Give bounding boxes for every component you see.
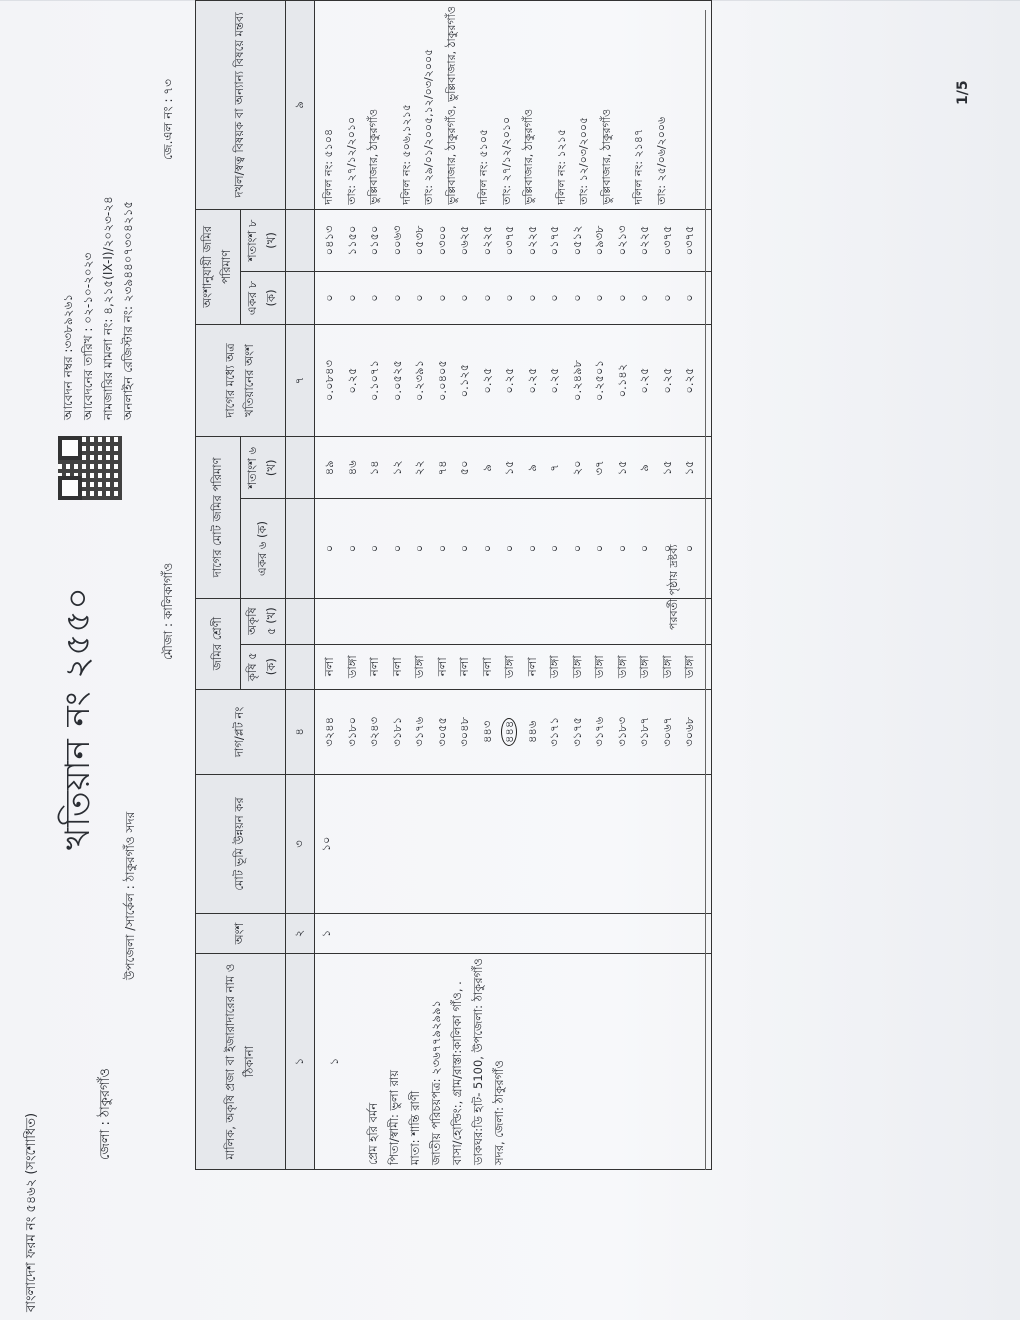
prop-decimal: ০৩৭৫ [678, 214, 701, 267]
col-number-1: ১ [286, 954, 315, 1170]
remark-line: দলিল নং: ১২১৫ [551, 5, 574, 205]
dag-number: ৩১৭৬ [588, 694, 611, 770]
khatian-share-column: ০.০৮৪৩০.২৫০.১০৭১০.০৫২৫০.২৩৯১০.০৪০৫০.১২৫০… [315, 324, 712, 436]
prop-acre: ০ [656, 276, 679, 320]
land-class: নলা [476, 649, 499, 685]
prop-acre: ০ [633, 276, 656, 320]
remark-line: দলিল নং: ৫০৬,১২১৫ [396, 5, 419, 205]
khatian-share: ০.২৫ [476, 329, 499, 432]
prop-acre: ০ [543, 276, 566, 320]
dag-number: ৩০৬৮ [678, 694, 701, 770]
dag-decimal: ১৫ [498, 441, 521, 494]
prop-decimal: ০১৭৫ [543, 214, 566, 267]
prop-acre: ০ [341, 276, 364, 320]
prop-decimal: ০২২৫ [476, 214, 499, 267]
khatian-share: ০.১২৫ [453, 329, 476, 432]
col-number-7: ৭ [286, 324, 315, 436]
khatian-share: ০.২৫ [498, 329, 521, 432]
owner-line: পিতা/স্বামী: ভুলা রায় [384, 958, 405, 1165]
prop-decimal: ০১৫০ [363, 214, 386, 267]
owner-line: প্রেম হরি বর্মন [363, 958, 384, 1165]
prop-decimal: ০৪১৩ [318, 214, 341, 267]
khatian-share: ০.০৫২৫ [386, 329, 409, 432]
remark-line: দলিল নং: ২১৪৭ [628, 5, 651, 205]
remark-line: ভুল্লিবাজার, ঠাকুরগাঁও [363, 5, 386, 205]
prop-decimal: ০৩৭৫ [498, 214, 521, 267]
prop-decimal: ০৩৭৫ [656, 214, 679, 267]
dag-decimal: ৯ [633, 441, 656, 494]
application-meta: আবেদন নম্বর :৩৩৮৯২৬১ আবেদনের তারিখ : ০২-… [58, 196, 138, 420]
remark-line: তাং: ২৫/০৬/২০০৬ [651, 5, 674, 205]
dag-decimal: ৩৭ [588, 441, 611, 494]
header-share: অংশ [196, 913, 286, 953]
dag-decimal: ১৪ [363, 441, 386, 494]
application-date: আবেদনের তারিখ : ০২-১০-২০২৩ [78, 196, 98, 420]
khatian-share: ০.০৪০৫ [431, 329, 454, 432]
owner-cell: ১ প্রেম হরি বর্মনপিতা/স্বামী: ভুলা রায়ম… [315, 954, 712, 1170]
prop-decimal: ০২২৫ [633, 214, 656, 267]
land-class: ডাঙ্গা [566, 649, 589, 685]
header-dag-acre: একর ৬ (ক) [241, 499, 286, 598]
remark-line: ভুল্লিবাজার, ঠাকুরগাঁও [596, 5, 619, 205]
prop-decimal: ১১৫০ [341, 214, 364, 267]
dag-acre: ০ [453, 503, 476, 593]
dag-acre-column: ০০০০০০০০০০০০০০০০০ [315, 499, 712, 598]
prop-acre: ০ [611, 276, 634, 320]
header-dag: দাগ/প্লট নং [196, 689, 286, 774]
header-remarks: দখল/স্বত্ব বিষয়ক বা অন্যান্য বিষয়ে মন্… [196, 1, 286, 210]
khatian-share: ০.২৩৯১ [408, 329, 431, 432]
dag-decimal: ২০ [566, 441, 589, 494]
land-class: ডাঙ্গা [633, 649, 656, 685]
page-title: খতিয়ান নং ২৫৫০ [52, 586, 109, 850]
land-class: ডাঙ্গা [498, 649, 521, 685]
khatian-table: মালিক, অকৃষি প্রজা বা ইজারাদারের নাম ও ঠ… [195, 0, 712, 1170]
prop-decimal: ০৫৩৮ [408, 214, 431, 267]
land-class: নলা [431, 649, 454, 685]
prop-decimal: ০৯৩৮ [588, 214, 611, 267]
dag-decimal: ৫০ [453, 441, 476, 494]
dag-acre: ০ [341, 503, 364, 593]
header-owner: মালিক, অকৃষি প্রজা বা ইজারাদারের নাম ও ঠ… [196, 954, 286, 1170]
form-label: বাংলাদেশ ফরম নং ৫৪৬২ (সংশোধিত) [22, 1113, 43, 1312]
header-khatian-share: দাগের মধ্যে অত্র খতিয়ানের অংশ [196, 324, 286, 436]
table-row: ১ প্রেম হরি বর্মনপিতা/স্বামী: ভুলা রায়ম… [315, 1, 712, 1170]
remark-line: ভুল্লিবাজার, ঠাকুরগাঁও, ভুল্লিবাজার, ঠাক… [441, 5, 464, 205]
dag-acre: ০ [408, 503, 431, 593]
prop-decimal: ০৫১২ [566, 214, 589, 267]
col-number-2: ২ [286, 913, 315, 953]
prop-acre: ০ [678, 276, 701, 320]
online-register: অনলাইন রেজিস্টার নং: ২৩৯৪৪০৭৩০৪২১৫ [118, 196, 138, 420]
dag-decimal-column: ৪৯৪৬১৪১২২২৭৪৫০৯১৫৯৭২০৩৭১৫৯১৫১৫ [315, 437, 712, 499]
page-number: 1/5 [955, 80, 971, 105]
land-class: নলা [318, 649, 341, 685]
land-class: ডাঙ্গা [341, 649, 364, 685]
col-number-3: ৩ [286, 774, 315, 913]
dag-acre: ০ [386, 503, 409, 593]
dag-number: ৩১৮৭ [633, 694, 656, 770]
header-dag-decimal: শতাংশ ৬ (খ) [241, 437, 286, 499]
upazila-label: উপজেলা /সার্কেল : ঠাকুরগাঁও সদর [122, 812, 142, 980]
land-class-column: নলাডাঙ্গানলানলাডাঙ্গানলানলানলাডাঙ্গানলাড… [315, 644, 712, 689]
prop-decimal: ০৬২৫ [453, 214, 476, 267]
tax-cell: ১০ [315, 774, 712, 913]
dag-acre: ০ [498, 503, 521, 593]
dag-number: ৩১৭১ [543, 694, 566, 770]
remark-line: তাং: ১২/০৩/২০০৫ [573, 5, 596, 205]
land-class: ডাঙ্গা [656, 649, 679, 685]
khatian-share: ০.০৮৪৩ [318, 329, 341, 432]
dag-decimal: ১৫ [678, 441, 701, 494]
dag-number: ৩১৮০ [341, 694, 364, 770]
dag-decimal: ২২ [408, 441, 431, 494]
mutation-case: নামজারির মামলা নং: ৪,২১৫(IX-I)/২০২৩-২৪ [98, 196, 118, 420]
owner-line: সদর, জেলা: ঠাকুরগাঁও [489, 958, 510, 1165]
owner-line: মাতা: শান্তি রাণী [405, 958, 426, 1165]
land-class: নলা [521, 649, 544, 685]
remarks-column: দলিল নং: ৫১০৪তাং: ২৭/১২/২০১০ভুল্লিবাজার,… [315, 1, 712, 210]
dag-number: ৩১৮১ [386, 694, 409, 770]
dag-decimal: ১৫ [611, 441, 634, 494]
khatian-share: ০.২৫ [656, 329, 679, 432]
prop-decimal: ০০৬৩ [386, 214, 409, 267]
prop-acre: ০ [521, 276, 544, 320]
col-number-9: ৯ [286, 1, 315, 210]
dag-number: ৪৪৬ [521, 694, 544, 770]
header-proportional: অংশানুযায়ী জমির পরিমাণ [196, 209, 241, 324]
prop-acre: ০ [386, 276, 409, 320]
dag-decimal: ১২ [386, 441, 409, 494]
dag-acre: ০ [318, 503, 341, 593]
jl-number: জে.এল নং : ৭৩ [160, 79, 180, 160]
land-class: ডাঙ্গা [543, 649, 566, 685]
dag-number: ৩০৬৭ [656, 694, 679, 770]
dag-decimal: ৭ [543, 441, 566, 494]
dag-acre: ০ [633, 503, 656, 593]
dag-decimal: ১৫ [656, 441, 679, 494]
header-prop-acre: একর ৮ (ক) [241, 272, 286, 325]
prop-acre: ০ [318, 276, 341, 320]
dag-number: ৪৪৪ [498, 694, 521, 770]
dag-decimal: ৯ [521, 441, 544, 494]
dag-number: ৩২৪৪ [318, 694, 341, 770]
dag-number: ৩১৮৩ [611, 694, 634, 770]
dag-acre: ০ [611, 503, 634, 593]
land-class: নলা [453, 649, 476, 685]
prop-acre-column: ০০০০০০০০০০০০০০০০০ [315, 272, 712, 325]
owner-line: জাতীয় পরিচয়পত্র: ২৩৬৭৭৯২৯৯১ [426, 958, 447, 1165]
dag-decimal: ৪৬ [341, 441, 364, 494]
share-cell: ১ [315, 913, 712, 953]
land-class: নলা [363, 649, 386, 685]
prop-decimal: ০২১৩ [611, 214, 634, 267]
dag-number: ৩০৪৮ [453, 694, 476, 770]
dag-number: ৩১৭৬ [408, 694, 431, 770]
divider [705, 10, 706, 1170]
khatian-share: ০.২৫ [633, 329, 656, 432]
mouza-label: মৌজা : কালিকাগাঁও [160, 563, 180, 660]
khatian-share: ০.১৪২ [611, 329, 634, 432]
khatian-share: ০.২৫ [678, 329, 701, 432]
dag-number: ৪৪৩ [476, 694, 499, 770]
khatian-share: ০.২৪৯৮ [566, 329, 589, 432]
remark-line: তাং: ২৭/১২/২০১০ [341, 5, 364, 205]
district-label: জেলা : ঠাকুরগাঁও [96, 1068, 117, 1160]
prop-decimal-column: ০৪১৩১১৫০০১৫০০০৬৩০৫৩৮০৩০০০৬২৫০২২৫০৩৭৫০২২৫… [315, 209, 712, 271]
dag-decimal: ৭৪ [431, 441, 454, 494]
dag-acre: ০ [476, 503, 499, 593]
header-tax: মোট ভূমি উন্নয়ন কর [196, 774, 286, 913]
remark-line: তাং: ২৭/১২/২০১০ [496, 5, 519, 205]
prop-acre: ০ [453, 276, 476, 320]
prop-acre: ০ [588, 276, 611, 320]
dag-acre: ০ [521, 503, 544, 593]
remark-line: তাং: ২৯/০১/২০০৫,১২/০৩/২০০৫ [418, 5, 441, 205]
remark-line: দলিল নং: ৫১০৪ [318, 5, 341, 205]
khatian-share: ০.২৫ [543, 329, 566, 432]
owner-details: প্রেম হরি বর্মনপিতা/স্বামী: ভুলা রায়মাত… [363, 958, 510, 1165]
land-class: ডাঙ্গা [611, 649, 634, 685]
khatian-page: বাংলাদেশ ফরম নং ৫৪৬২ (সংশোধিত) জেলা : ঠা… [0, 0, 1020, 1320]
next-page-note: পরবর্তী পৃষ্ঠায় দ্রষ্টব্য [665, 544, 684, 630]
nonagri-column [315, 598, 712, 644]
khatian-share: ০.২৫ [341, 329, 364, 432]
header-agri: কৃষি ৫ (ক) [241, 644, 286, 689]
dag-number: ৩১৭৫ [566, 694, 589, 770]
dag-decimal: ৯ [476, 441, 499, 494]
prop-acre: ০ [476, 276, 499, 320]
khatian-share: ০.১০৭১ [363, 329, 386, 432]
prop-decimal: ০৩০০ [431, 214, 454, 267]
dag-number: ৩২৪৩ [363, 694, 386, 770]
dag-acre: ০ [363, 503, 386, 593]
dag-column: ৩২৪৪৩১৮০৩২৪৩৩১৮১৩১৭৬৩০৫৫৩০৪৮৪৪৩৪৪৪৪৪৬৩১৭… [315, 689, 712, 774]
dag-acre: ০ [566, 503, 589, 593]
prop-acre: ০ [363, 276, 386, 320]
dag-decimal: ৪৯ [318, 441, 341, 494]
land-class: ডাঙ্গা [678, 649, 701, 685]
owner-line: ডাকঘর:ডি হাট- 5100, উপজেলা: ঠাকুরগাঁও [468, 958, 489, 1165]
header-nonagri: অকৃষি ৫ (খ) [241, 598, 286, 644]
prop-acre: ০ [431, 276, 454, 320]
prop-acre: ০ [566, 276, 589, 320]
header-dag-total: দাগের মোট জমির পরিমাণ [196, 437, 241, 598]
dag-acre: ০ [431, 503, 454, 593]
header-prop-decimal: শতাংশ ৮ (খ) [241, 209, 286, 271]
header-land-class: জমির শ্রেণী [196, 598, 241, 689]
application-no: আবেদন নম্বর :৩৩৮৯২৬১ [58, 196, 78, 420]
owner-number: ১ [324, 958, 345, 1165]
prop-acre: ০ [498, 276, 521, 320]
land-class: ডাঙ্গা [408, 649, 431, 685]
remark-line: ভুল্লিবাজার, ঠাকুরগাঁও [518, 5, 541, 205]
dag-acre: ০ [543, 503, 566, 593]
col-number-4: ৪ [286, 689, 315, 774]
land-class: নলা [386, 649, 409, 685]
prop-decimal: ০২২৫ [521, 214, 544, 267]
owner-line: বাসা/হোল্ডিং:, গ্রাম/রাস্তা:কালিকা গাঁও,… [447, 958, 468, 1165]
circled-dag: ৪৪৪ [501, 718, 517, 746]
prop-acre: ০ [408, 276, 431, 320]
dag-number: ৩০৫৫ [431, 694, 454, 770]
land-class: ডাঙ্গা [588, 649, 611, 685]
qr-code-icon [58, 436, 122, 500]
khatian-share: ০.২৫ [521, 329, 544, 432]
dag-acre: ০ [588, 503, 611, 593]
remark-line: দলিল নং: ৫১০৫ [473, 5, 496, 205]
khatian-share: ০.২৫০১ [588, 329, 611, 432]
